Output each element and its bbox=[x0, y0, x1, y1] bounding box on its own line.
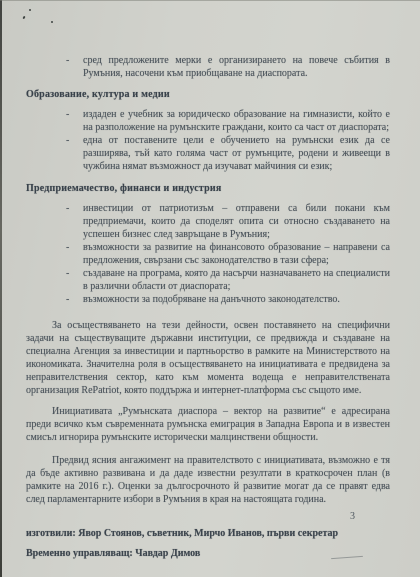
scan-edge-shadow bbox=[0, 0, 2, 577]
entrepreneurship-bullet-list: - инвестиции от патриотизъм – отправени … bbox=[66, 202, 390, 306]
scan-speck bbox=[22, 16, 25, 20]
bullet-text: една от поставените цели е обучението на… bbox=[83, 134, 390, 173]
dash-marker: - bbox=[66, 241, 83, 267]
bullet-item: - възможности за подобряване на данъчнот… bbox=[66, 293, 390, 306]
dash-marker: - bbox=[66, 108, 83, 134]
bullet-item: - възможности за развитие на финансовото… bbox=[66, 241, 390, 267]
scan-speck bbox=[29, 9, 31, 11]
dash-marker: - bbox=[66, 267, 83, 293]
bullet-text: сред предложените мерки е организирането… bbox=[83, 54, 390, 80]
scan-top-edge bbox=[0, 0, 420, 1]
dash-marker: - bbox=[66, 54, 83, 80]
dash-marker: - bbox=[66, 202, 83, 241]
dash-marker: - bbox=[66, 293, 83, 306]
bullet-text: създаване на програма, която да насърчи … bbox=[83, 267, 390, 293]
bullet-text: издаден е учебник за юридическо образова… bbox=[83, 108, 390, 134]
bullet-item: - създаване на програма, която да насърч… bbox=[66, 267, 390, 293]
education-bullet-list: - издаден е учебник за юридическо образо… bbox=[66, 108, 390, 173]
paragraph-initiative-scope: Инициативата „Румънската диаспора – вект… bbox=[26, 405, 390, 444]
paragraph-agency: За осъществяването на тези дейности, осв… bbox=[26, 319, 390, 397]
scan-speck bbox=[51, 21, 53, 23]
bullet-text: възможности за подобряване на данъчното … bbox=[83, 293, 390, 306]
intro-bullet-list: - сред предложените мерки е организиране… bbox=[66, 54, 390, 80]
page-number: 3 bbox=[350, 511, 355, 522]
document-footer: изготвили: Явор Стоянов, съветник, Мирчо… bbox=[26, 527, 390, 560]
document-body: - сред предложените мерки е организиране… bbox=[26, 54, 390, 567]
bullet-text: възможности за развитие на финансовото о… bbox=[83, 241, 390, 267]
section-heading-entrepreneurship: Предприемачество, финанси и индустрия bbox=[26, 182, 390, 195]
section-heading-education: Образование, култура и медии bbox=[26, 88, 390, 101]
bullet-item: - сред предложените мерки е организиране… bbox=[66, 54, 390, 80]
bullet-text: инвестиции от патриотизъм – отправени са… bbox=[83, 202, 390, 241]
bullet-item: - издаден е учебник за юридическо образо… bbox=[66, 108, 390, 134]
bullet-item: - инвестиции от патриотизъм – отправени … bbox=[66, 202, 390, 241]
paragraph-outlook: Предвид ясния ангажимент на правителство… bbox=[26, 454, 390, 506]
bullet-item: - една от поставените цели е обучението … bbox=[66, 134, 390, 173]
prepared-by-line: изготвили: Явор Стоянов, съветник, Мирчо… bbox=[26, 527, 390, 540]
scanned-document-page: - сред предложените мерки е организиране… bbox=[0, 0, 420, 577]
dash-marker: - bbox=[66, 134, 83, 173]
